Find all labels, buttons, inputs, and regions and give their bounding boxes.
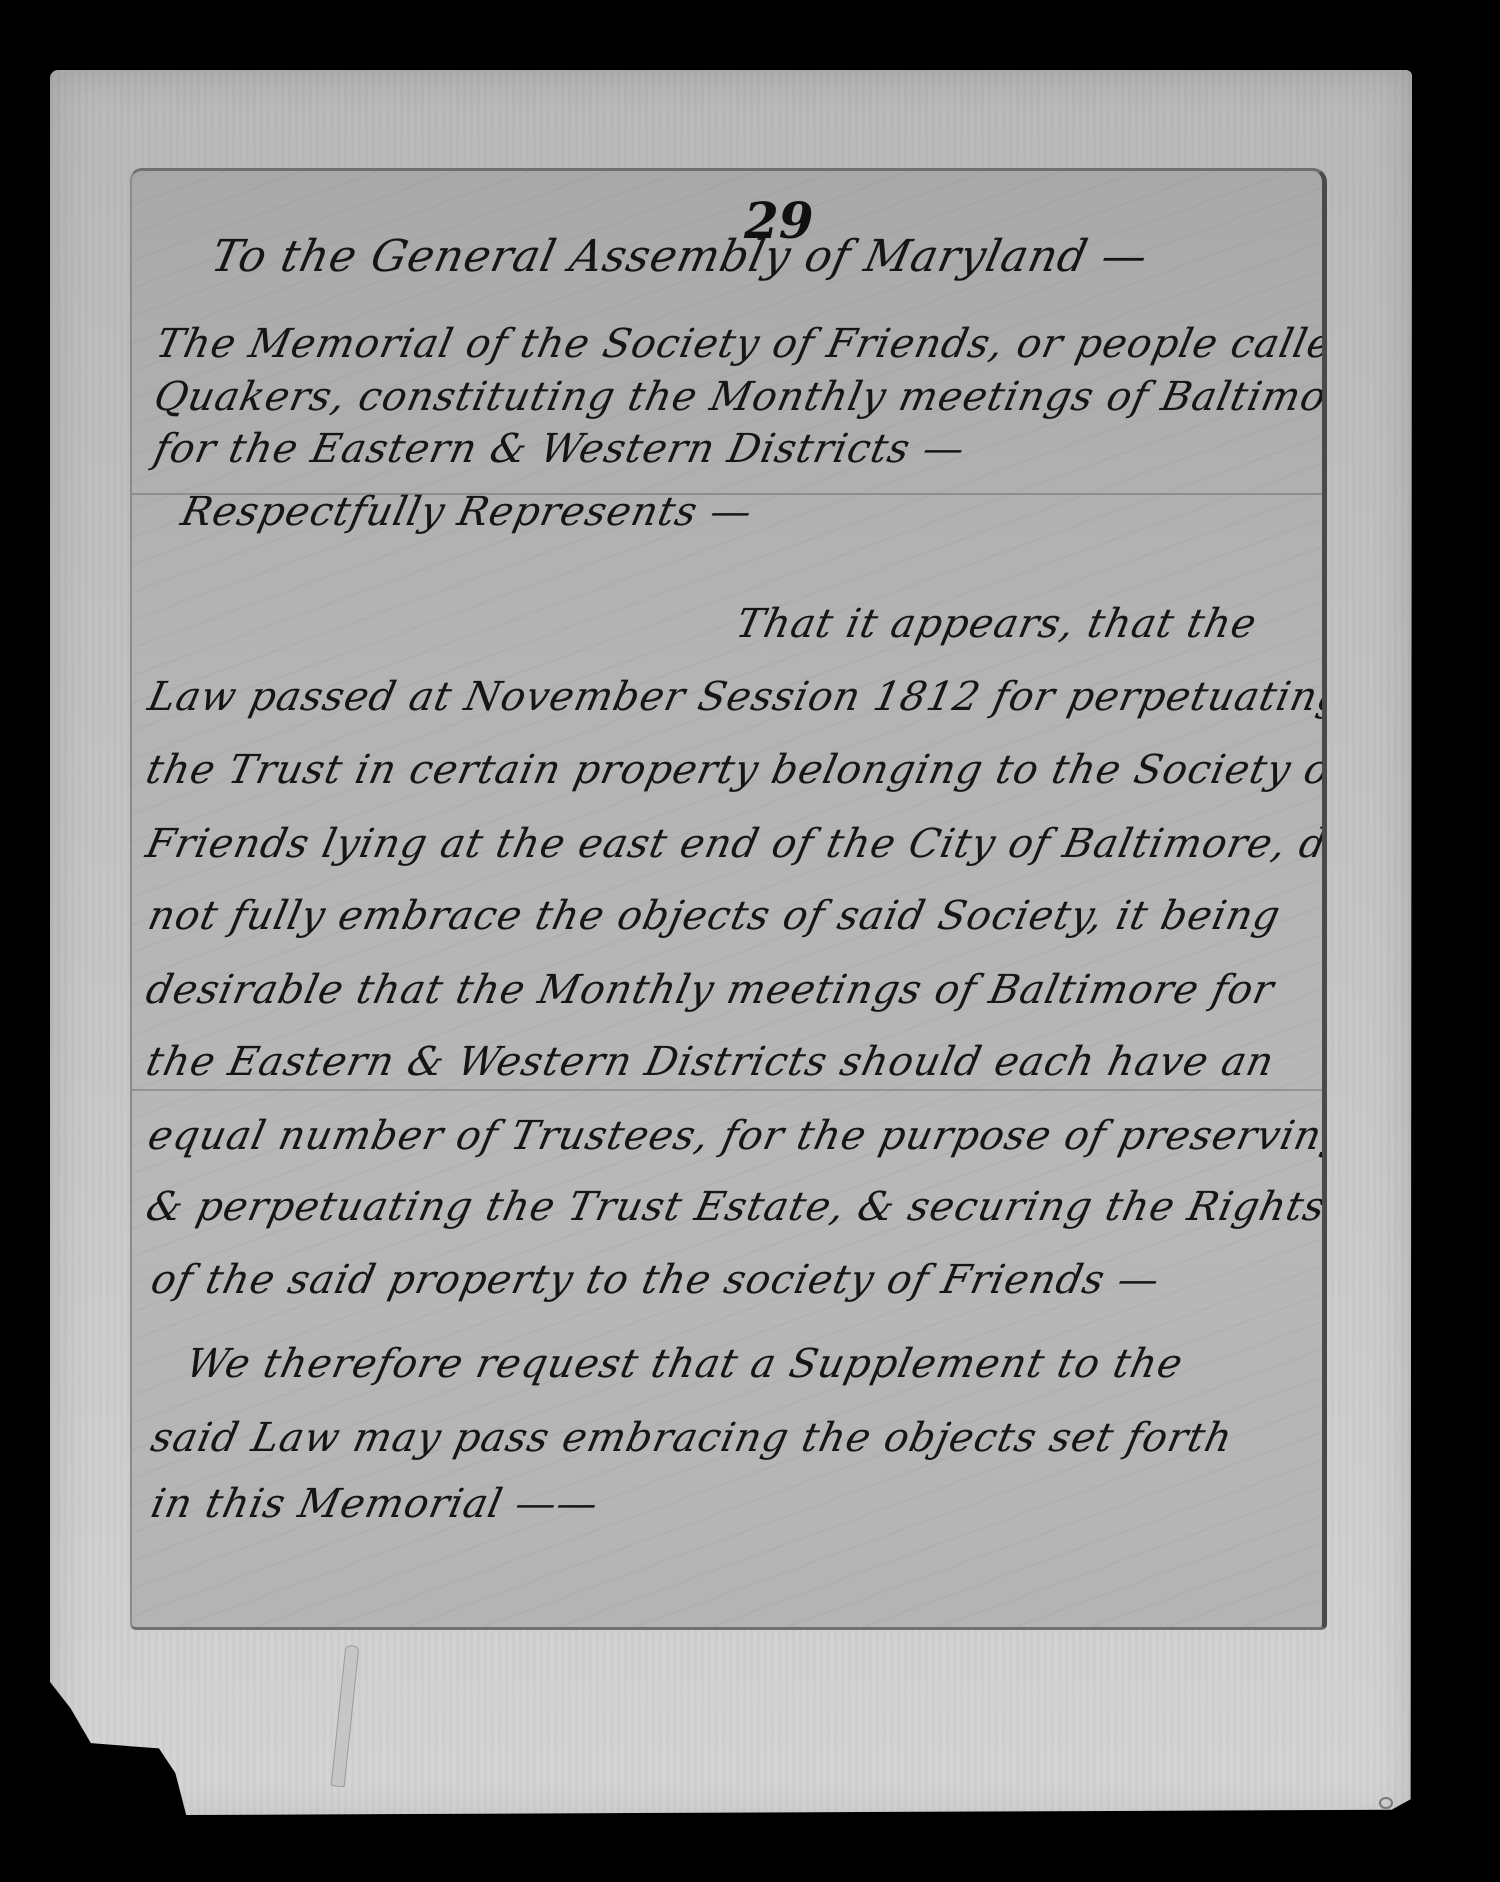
text-line-10: desirable that the Monthly meetings of B… xyxy=(142,967,1278,1013)
text-line-1: The Memorial of the Society of Friends, … xyxy=(152,321,1327,367)
text-line-5: That it appears, that the xyxy=(732,601,1261,647)
text-line-7: the Trust in certain property belonging … xyxy=(142,747,1327,793)
text-line-4: Respectfully Represents — xyxy=(177,489,757,535)
text-line-6: Law passed at November Session 1812 for … xyxy=(144,674,1327,720)
corner-pencil-mark xyxy=(1379,1797,1393,1809)
text-line-2: Quakers, constituting the Monthly meetin… xyxy=(150,374,1327,420)
text-line-3: for the Eastern & Western Districts — xyxy=(150,426,969,472)
text-line-8: Friends lying at the east end of the Cit… xyxy=(142,821,1327,867)
fold-crease xyxy=(132,1089,1322,1091)
text-line-9: not fully embrace the objects of said So… xyxy=(144,893,1285,939)
text-line-13: & perpetuating the Trust Estate, & secur… xyxy=(142,1184,1327,1230)
text-line-14: of the said property to the society of F… xyxy=(147,1257,1164,1303)
manuscript-page: 29 To the General Assembly of Maryland —… xyxy=(130,168,1327,1630)
text-line-17: in this Memorial —— xyxy=(147,1481,603,1527)
text-line-16: said Law may pass embracing the objects … xyxy=(147,1415,1237,1461)
heading-line: To the General Assembly of Maryland — xyxy=(207,231,1153,282)
text-line-11: the Eastern & Western Districts should e… xyxy=(142,1039,1279,1085)
text-line-12: equal number of Trustees, for the purpos… xyxy=(144,1113,1327,1159)
text-line-15: We therefore request that a Supplement t… xyxy=(182,1341,1187,1387)
